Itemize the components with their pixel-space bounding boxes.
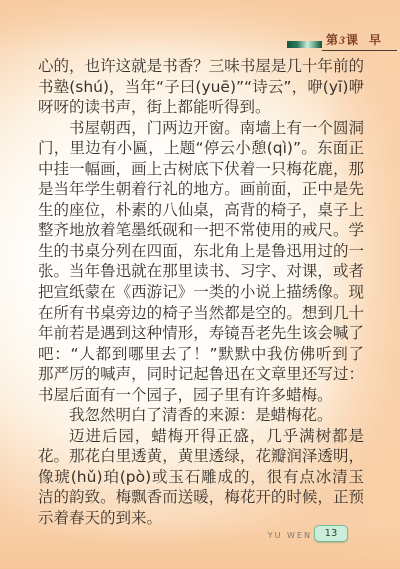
lesson-body-text: 心的，也许这就是书香？三味书屋是几十年前的书塾(shú)，当年“子曰(yuē)”…: [38, 56, 364, 529]
paragraph: 书屋朝西，门两边开窗。南墙上有一个圆洞门，里边有小匾，上题“停云小憩(qì)”。…: [38, 118, 364, 406]
lesson-number: 3: [339, 33, 346, 47]
lesson-heading: 第3课早: [326, 31, 382, 48]
paragraph: 我忽然明白了清香的来源：是蜡梅花。: [38, 405, 364, 426]
paragraph: 迈进后园，蜡梅开得正盛，几乎满树都是花。那花白里透黄，黄里透绿，花瓣润泽透明，像…: [38, 426, 364, 529]
lesson-word: 课: [346, 33, 359, 47]
lesson-title: 早: [369, 33, 382, 47]
lesson-prefix: 第: [326, 33, 339, 47]
page-header: 第3课早: [0, 30, 400, 54]
page-number-badge: 13: [314, 525, 348, 542]
paragraph: 心的，也许这就是书香？三味书屋是几十年前的书塾(shú)，当年“子曰(yuē)”…: [38, 56, 364, 118]
textbook-page: 第3课早 心的，也许这就是书香？三味书屋是几十年前的书塾(shú)，当年“子曰(…: [0, 0, 400, 569]
series-label: YU WEN: [268, 531, 312, 540]
header-underline: [322, 50, 397, 51]
lesson-accent-bar: [287, 41, 322, 48]
